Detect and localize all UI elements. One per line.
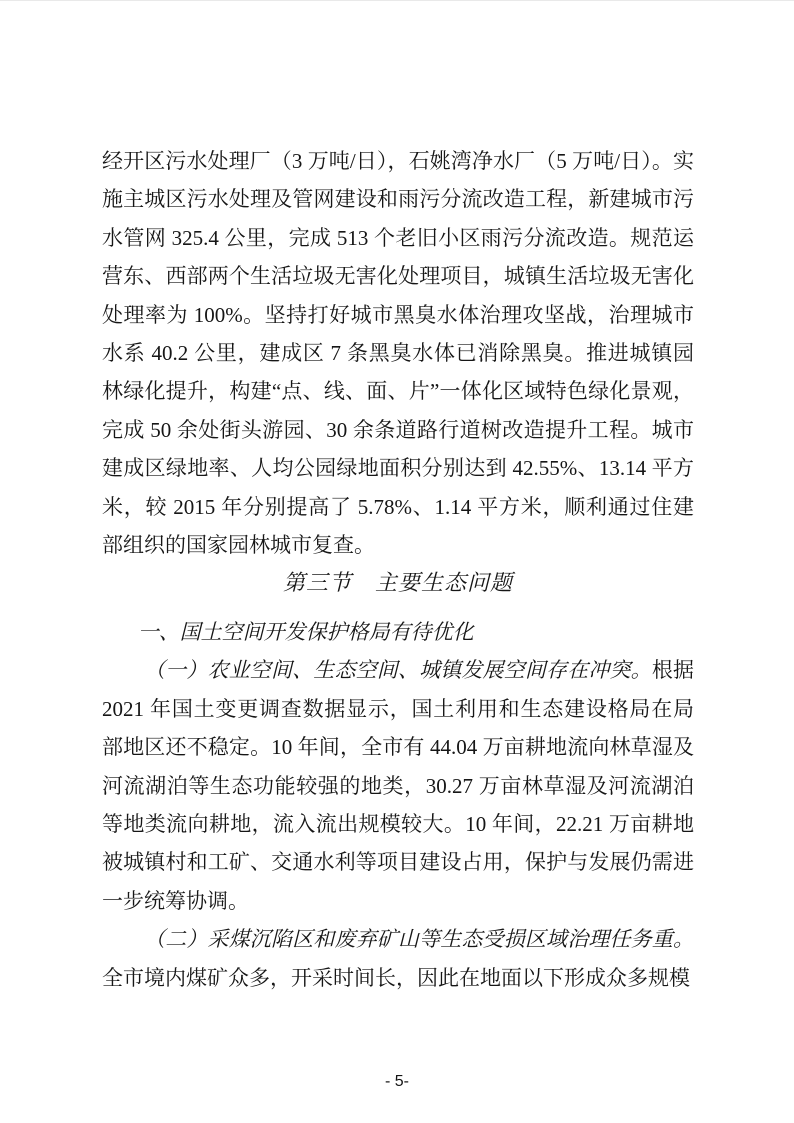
- paragraph-continuation: 经开区污水处理厂（3 万吨/日），石姚湾净水厂（5 万吨/日）。实施主城区污水处…: [102, 142, 694, 564]
- paragraph-item-2-lead: （二）采煤沉陷区和废弃矿山等生态受损区域治理任务重。: [144, 927, 694, 951]
- page-number: - 5-: [0, 1073, 794, 1091]
- subsection-heading: 一、国土空间开发保护格局有待优化: [102, 613, 694, 651]
- section-heading: 第三节 主要生态问题: [102, 564, 694, 602]
- paragraph-item-1: （一）农业空间、生态空间、城镇发展空间存在冲突。根据 2021 年国土变更调查数…: [102, 651, 694, 920]
- paragraph-item-2: （二）采煤沉陷区和废弃矿山等生态受损区域治理任务重。全市境内煤矿众多，开采时间长…: [102, 920, 694, 997]
- paragraph-item-1-body: 根据 2021 年国土变更调查数据显示，国土利用和生态建设格局在局部地区还不稳定…: [102, 658, 694, 912]
- paragraph-continuation-text: 经开区污水处理厂（3 万吨/日），石姚湾净水厂（5 万吨/日）。实施主城区污水处…: [102, 149, 694, 557]
- document-page: 经开区污水处理厂（3 万吨/日），石姚湾净水厂（5 万吨/日）。实施主城区污水处…: [0, 0, 794, 1123]
- paragraph-item-2-body: 全市境内煤矿众多，开采时间长，因此在地面以下形成众多规模: [102, 966, 690, 990]
- page-body: 经开区污水处理厂（3 万吨/日），石姚湾净水厂（5 万吨/日）。实施主城区污水处…: [102, 142, 694, 997]
- paragraph-item-1-lead: （一）农业空间、生态空间、城镇发展空间存在冲突。: [144, 658, 652, 682]
